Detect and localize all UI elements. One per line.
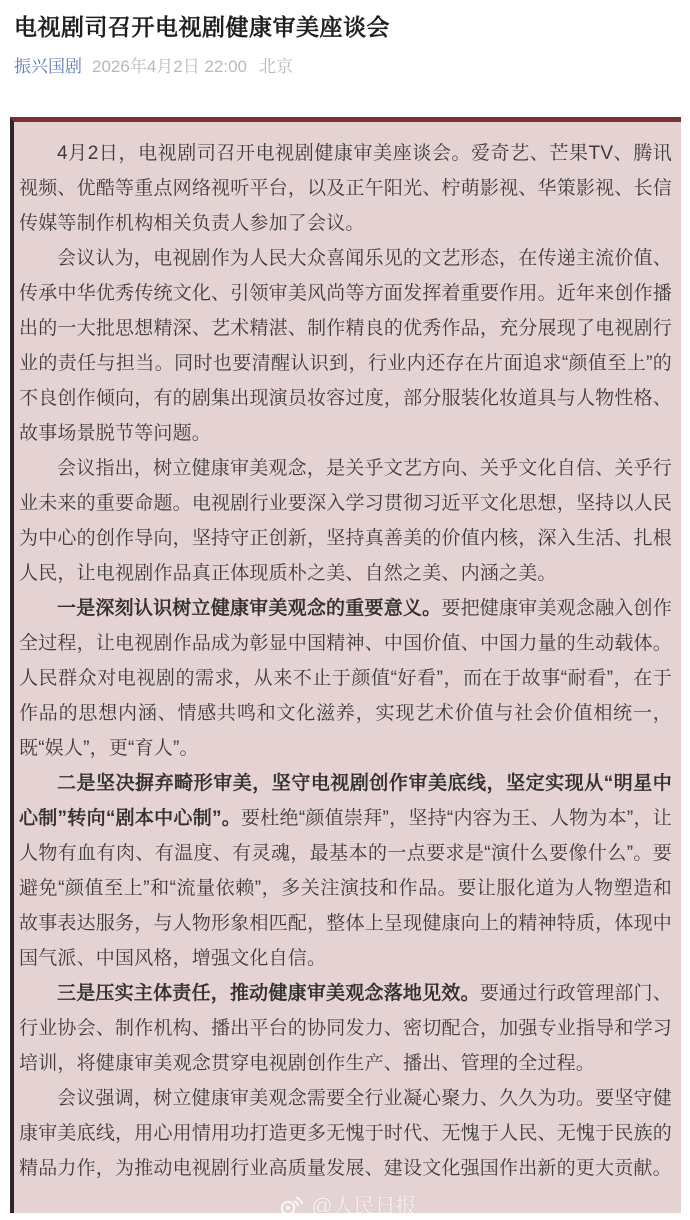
article-paragraph: 三是压实主体责任，推动健康审美观念落地见效。要通过行政管理部门、行业协会、制作机… xyxy=(19,976,672,1081)
source-link[interactable]: 振兴国剧 xyxy=(14,57,82,76)
byline: 振兴国剧2026年4月2日 22:00北京 xyxy=(14,56,674,78)
article-paragraph: 会议认为，电视剧作为人民大众喜闻乐见的文艺形态，在传递主流价值、传承中华优秀传统… xyxy=(19,241,672,451)
weibo-icon xyxy=(278,1193,304,1213)
watermark: @人民日报 xyxy=(14,1190,681,1213)
article-paragraph: 4月2日，电视剧司召开电视剧健康审美座谈会。爱奇艺、芒果TV、腾讯视频、优酷等重… xyxy=(19,136,672,241)
publish-location: 北京 xyxy=(259,57,293,76)
article-quote-card: 4月2日，电视剧司召开电视剧健康审美座谈会。爱奇艺、芒果TV、腾讯视频、优酷等重… xyxy=(10,117,681,1213)
watermark-label: @人民日报 xyxy=(311,1190,416,1213)
publish-datetime: 2026年4月2日 22:00 xyxy=(92,57,247,76)
article-paragraph: 会议指出，树立健康审美观念，是关乎文艺方向、关乎文化自信、关乎行业未来的重要命题… xyxy=(19,451,672,591)
article-paragraph: 会议强调，树立健康审美观念需要全行业凝心聚力、久久为功。要坚守健康审美底线，用心… xyxy=(19,1081,672,1186)
article-body: 4月2日，电视剧司召开电视剧健康审美座谈会。爱奇艺、芒果TV、腾讯视频、优酷等重… xyxy=(19,136,672,1186)
page-title: 电视剧司召开电视剧健康审美座谈会 xyxy=(14,12,674,42)
article-paragraph: 二是坚决摒弃畸形审美，坚守电视剧创作审美底线，坚定实现从“明星中心制”转向“剧本… xyxy=(19,766,672,976)
article-paragraph: 一是深刻认识树立健康审美观念的重要意义。要把健康审美观念融入创作全过程，让电视剧… xyxy=(19,591,672,766)
